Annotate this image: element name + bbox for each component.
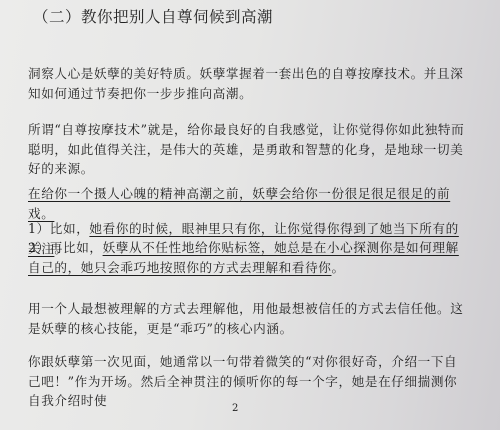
example-2-prefix: 2）再比如，: [28, 240, 103, 255]
document-page: （二）教你把别人自尊伺候到高潮 洞察人心是妖孽的美好特质。妖孽掌握着一套出色的自…: [0, 0, 500, 430]
paragraph-intro: 洞察人心是妖孽的美好特质。妖孽掌握着一套出色的自尊按摩技术。并且深知如何通过节奏…: [28, 64, 468, 103]
paragraph-definition: 所谓“自尊按摩技术”就是，给你最良好的自我感觉，让你觉得你如此独特而聪明，如此值…: [28, 120, 468, 179]
example-2-suffix: 。: [331, 260, 344, 275]
example-1-prefix: 1）比如，: [28, 221, 89, 236]
paragraph-core-skill: 用一个人最想被理解的方式去理解他，用他最想被信任的方式去信任他。这是妖孽的核心技…: [28, 299, 468, 338]
page-number: 2: [232, 403, 238, 414]
section-title: （二）教你把别人自尊伺候到高潮: [33, 5, 273, 27]
paragraph-first-meeting: 你跟妖孽第一次见面，她通常以一句带着微笑的“对你很好奇，介绍一下自己吧！”作为开…: [28, 352, 468, 411]
paragraph-example-2: 2）再比如，妖孽从不任性地给你贴标签，她总是在小心探测你是如何理解自己的，她只会…: [28, 238, 468, 277]
paragraph-foreplay-underlined: 在给你一个摄人心魄的精神高潮之前，妖孽会给你一份很足很足很足的前戏。: [28, 184, 468, 223]
